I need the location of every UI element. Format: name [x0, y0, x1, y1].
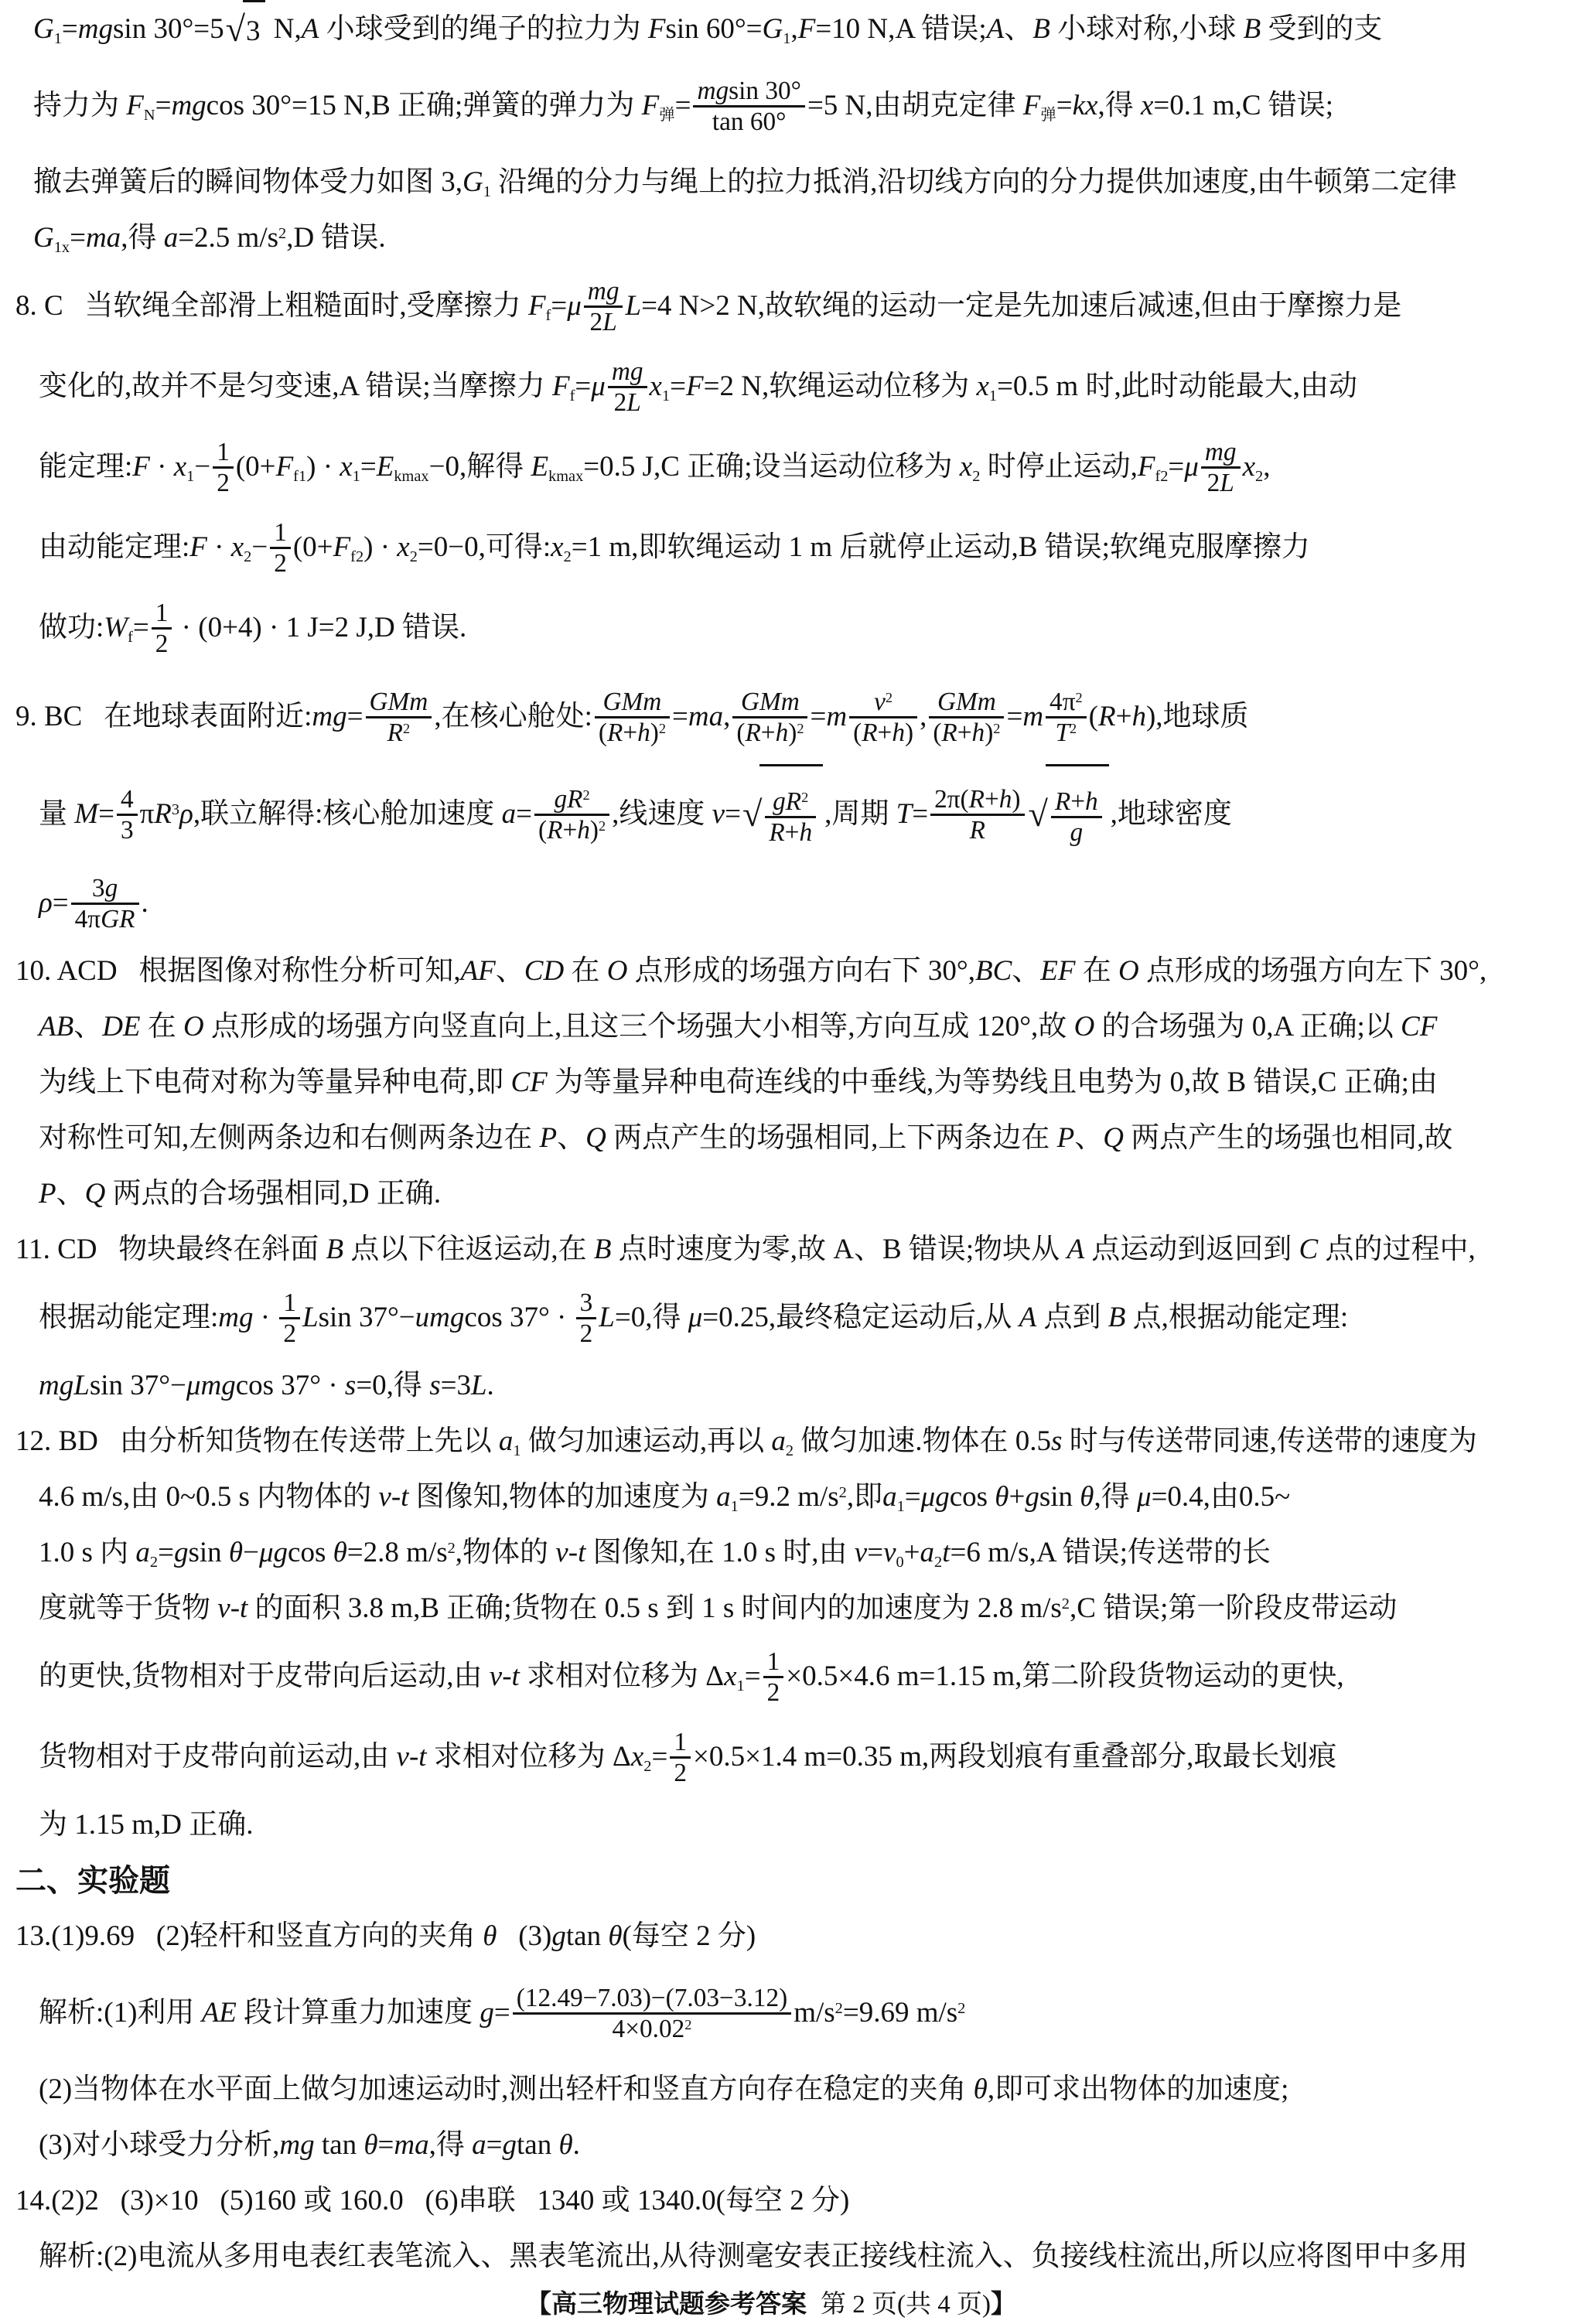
text-line: ρ=3g4πGR. [0, 863, 1542, 944]
math-variable: a [502, 798, 517, 830]
subscript: 2 [643, 1758, 651, 1775]
math-variable: a [499, 1425, 514, 1457]
text-run: 点的过程中, [1318, 1234, 1476, 1265]
math-variable: ma [688, 701, 723, 732]
math-variable: L [599, 1302, 615, 1333]
text-run: 受到的支 [1261, 13, 1382, 45]
math-variable: Q [85, 1178, 106, 1210]
subscript: N [144, 107, 155, 124]
math-variable: AB [39, 1011, 73, 1043]
text-run: (12.49−7.03)−(7.03−3.12) [517, 1984, 787, 2012]
text-run: 9. BC 在地球表面附近: [15, 701, 312, 732]
text-run: (0+ [293, 531, 333, 563]
math-variable: θ [974, 2073, 988, 2105]
text-run: 在 [564, 955, 607, 987]
math-variable: GMm [603, 688, 662, 716]
text-run: 点形成的场强方向左下 30°, [1139, 955, 1487, 987]
text-run: =2.8 m/s [347, 1537, 448, 1568]
footer-bracket-open: 【 [526, 2289, 551, 2318]
text-run: cos 37° · [464, 1302, 573, 1333]
math-variable: μg [921, 1481, 950, 1513]
text-run: = [347, 701, 363, 732]
text-line: 根据动能定理:mg · 12Lsin 37°−umgcos 37° · 32L=… [0, 1278, 1542, 1358]
text-run: ,地球密度 [1111, 798, 1232, 830]
text-run: =0.25,最终稳定运动后,从 [702, 1302, 1019, 1333]
text-run: 1 [274, 518, 287, 547]
text-line: 13.(1)9.69 (2)轻杆和竖直方向的夹角 θ (3)gtan θ(每空 … [0, 1909, 1542, 1964]
math-variable: C [1299, 1234, 1319, 1265]
math-variable: O [607, 955, 628, 987]
subscript: 1 [989, 387, 997, 404]
text-run: = [867, 1537, 883, 1568]
math-variable: v [397, 1741, 409, 1773]
math-variable: CF [1401, 1011, 1437, 1043]
text-run: 段计算重力加速度 [237, 1997, 480, 2029]
text-run: =0.4,由0.5~ [1152, 1481, 1291, 1513]
math-variable: R [387, 718, 403, 747]
text-run: tan [315, 2129, 364, 2161]
subscript: 1 [737, 1677, 745, 1694]
fraction: mg2L [584, 277, 623, 337]
text-run: = [675, 90, 691, 121]
text-run: = [745, 1660, 761, 1692]
text-run: 时与传送带同速,传送带的速度为 [1062, 1425, 1477, 1457]
math-variable: F [1138, 451, 1155, 483]
text-run: ,即可求出物体的加速度; [988, 2073, 1289, 2105]
text-run: + [957, 718, 972, 747]
math-variable: a [164, 222, 179, 254]
text-run: =2.5 m/s [178, 222, 278, 254]
text-run: − [194, 451, 210, 483]
math-variable: t [401, 1481, 408, 1513]
text-run: ( [933, 718, 941, 747]
text-run: · (0+4) · 1 J=2 J,D 错误. [174, 612, 466, 643]
text-run: - [391, 1481, 401, 1513]
text-line: AB、DE 在 O 点形成的场强方向竖直向上,且这三个场强大小相等,方向互成 1… [0, 999, 1542, 1055]
text-run: 点,根据动能定理: [1125, 1302, 1348, 1333]
math-variable: θ [229, 1537, 243, 1568]
fraction: GMmR2 [366, 688, 432, 748]
fraction: GMm(R+h)2 [732, 688, 807, 748]
text-run: 的合场强为 0,A 正确;以 [1094, 1011, 1401, 1043]
math-variable: R [769, 818, 784, 847]
math-variable: T [896, 798, 913, 830]
text-run: 持力为 [33, 90, 126, 121]
text-run: 点以下往返运动,在 [343, 1234, 594, 1265]
text-run: sin 37°− [90, 1370, 186, 1401]
math-variable: GMm [741, 688, 800, 716]
text-run: tan [517, 2129, 558, 2161]
text-run: 4.6 m/s,由 0~0.5 s 内物体的 [39, 1481, 378, 1513]
fraction: 32 [576, 1288, 597, 1349]
text-run: 1.0 s 内 [39, 1537, 135, 1568]
math-variable: L [625, 290, 641, 322]
text-run: 14.(2)2 (3)×10 (5)160 或 160.0 (6)串联 1340… [15, 2185, 849, 2217]
subscript: 1 [513, 1442, 520, 1459]
text-run: 8. C 当软绳全部滑上粗糙面时,受摩擦力 [15, 290, 528, 322]
math-variable: m [1022, 701, 1043, 732]
math-variable: μmg [186, 1370, 236, 1401]
math-variable: GMm [370, 688, 428, 716]
math-variable: Q [1103, 1122, 1124, 1154]
text-run: ),地球质 [1146, 701, 1249, 732]
text-run: 2 [674, 1759, 687, 1787]
math-variable: F [132, 451, 150, 483]
text-run: = [158, 1537, 174, 1568]
text-run: =0.5 m 时,此时动能最大,由动 [997, 370, 1357, 402]
math-variable: B [1108, 1302, 1126, 1333]
math-variable: F [528, 290, 546, 322]
math-variable: R [154, 798, 172, 830]
math-variable: E [531, 451, 548, 483]
text-run: 2 [614, 388, 627, 417]
math-variable: mgL [39, 1370, 90, 1401]
superscript: 2 [278, 225, 286, 242]
text-run: =10 N,A 错误; [815, 13, 986, 45]
radical: √gR2R+h [742, 764, 823, 865]
math-variable: R [607, 718, 623, 747]
math-variable: x [1141, 90, 1153, 121]
text-run: (3) [497, 1920, 551, 1952]
text-run: ( [599, 718, 607, 747]
text-run: ) · [363, 531, 397, 563]
math-variable: L [302, 1302, 319, 1333]
text-run: 、 [557, 1122, 585, 1154]
fraction: mg2L [1201, 438, 1241, 498]
text-run: 两点产生的场强相同,上下两条边在 [606, 1122, 1057, 1154]
math-variable: m [826, 701, 847, 732]
math-variable: t [512, 1660, 520, 1692]
text-run: −0,解得 [429, 451, 531, 483]
math-variable: R [745, 718, 760, 747]
text-run: 2 [580, 1319, 593, 1348]
math-variable: μ [1184, 451, 1199, 483]
math-variable: t [240, 1592, 247, 1624]
math-variable: B [1244, 13, 1261, 45]
math-variable: a [716, 1481, 731, 1513]
math-variable: a [920, 1537, 935, 1568]
text-run: = [155, 90, 172, 121]
text-run: = [725, 798, 741, 830]
text-line: 为线上下电荷对称为等量异种电荷,即 CF 为等量异种电荷连线的中垂线,为等势线且… [0, 1055, 1542, 1111]
text-line: 量 M=43πR3ρ,联立解得:核心舱加速度 a=gR2(R+h)2,线速度 v… [0, 766, 1542, 863]
superscript: 2 [801, 790, 808, 805]
text-run: 小球对称,小球 [1050, 13, 1244, 45]
text-run: 11. CD 物块最终在斜面 [15, 1234, 326, 1265]
math-variable: F [126, 90, 144, 121]
text-run: + [1009, 1481, 1025, 1513]
math-variable: G [33, 222, 54, 254]
math-variable: s [345, 1370, 356, 1401]
text-line: 撤去弹簧后的瞬间物体受力如图 3,G1 沿绳的分力与绳上的拉力抵消,沿切线方向的… [0, 155, 1542, 210]
text-run: 点形成的场强方向右下 30°, [627, 955, 975, 987]
text-run: sin 30°=5 [113, 13, 224, 45]
text-run: 在 [1075, 955, 1118, 987]
text-run: = [1168, 451, 1184, 483]
math-variable: g [105, 874, 118, 903]
text-run: 1 [767, 1647, 780, 1676]
text-run: 做匀加速.物体在 0.5 [794, 1425, 1051, 1457]
text-run: ,得 [121, 222, 164, 254]
subscript: 1x [54, 239, 70, 256]
math-variable: t [942, 1537, 950, 1568]
math-variable: g [551, 1920, 566, 1952]
math-variable: F [642, 90, 660, 121]
text-run: 点形成的场强方向竖直向上,且这三个场强大小相等,方向互成 120°,故 [204, 1011, 1074, 1043]
text-run: 为等量异种电荷连线的中垂线,为等势线且电势为 0,故 B 错误,C 正确;由 [548, 1066, 1438, 1098]
text-run: ) [788, 718, 797, 747]
text-line: 变化的,故并不是匀变速,A 错误;当摩擦力 Ff=μmg2Lx1=F=2 N,软… [0, 346, 1542, 427]
text-run: = [1006, 701, 1022, 732]
text-run: tan [566, 1920, 608, 1952]
math-variable: ma [394, 2129, 428, 2161]
text-line: 持力为 FN=mgcos 30°=15 N,B 正确;弹簧的弹力为 F弹=mgs… [0, 57, 1542, 155]
text-run: − [251, 531, 268, 563]
text-run: , [920, 701, 927, 732]
fraction: 12 [670, 1728, 691, 1788]
math-variable: h [577, 816, 590, 845]
math-variable: g [1070, 818, 1083, 847]
math-variable: kx [1073, 90, 1098, 121]
text-run: 4π [75, 905, 101, 933]
text-line: P、Q 两点的合场强相同,D 正确. [0, 1166, 1542, 1222]
text-run: 3 [92, 874, 105, 903]
subscript: 2 [244, 548, 251, 565]
fraction: 2π(R+h)R [930, 785, 1024, 845]
math-variable: P [39, 1178, 56, 1210]
text-run: 4 [121, 785, 134, 814]
fraction: 12 [270, 518, 291, 578]
math-variable: R [941, 718, 957, 747]
text-run: = [670, 370, 686, 402]
text-run: 在 [141, 1011, 184, 1043]
subscript: 1 [353, 468, 360, 485]
text-line: 8. C 当软绳全部滑上粗糙面时,受摩擦力 Ff=μmg2LL=4 N>2 N,… [0, 266, 1542, 346]
text-run: ,C 错误;第一阶段皮带运动 [1070, 1592, 1397, 1624]
math-variable: x [976, 370, 988, 402]
text-run: 两点产生的场强也相同,故 [1124, 1122, 1453, 1154]
math-variable: G [33, 13, 54, 45]
text-run: 4π [1050, 688, 1075, 716]
text-run: =6 m/s,A 错误;传送带的长 [951, 1537, 1271, 1568]
text-run: =5 N,由胡克定律 [807, 90, 1023, 121]
fraction: 12 [213, 438, 234, 498]
math-variable: mg [279, 2129, 314, 2161]
text-run: , [723, 701, 730, 732]
subscript: kmax [394, 468, 428, 485]
math-variable: AE [202, 1997, 237, 2029]
math-variable: t [578, 1537, 585, 1568]
text-run: 、 [73, 1011, 102, 1043]
text-run: 3 [121, 816, 134, 845]
text-run: , [1263, 451, 1270, 483]
math-variable: a [771, 1425, 786, 1457]
text-line: (3)对小球受力分析,mg tan θ=ma,得 a=gtan θ. [0, 2118, 1542, 2173]
math-variable: B [1032, 13, 1050, 45]
text-run: ×0.5×4.6 m=1.15 m,第二阶段货物运动的更快, [786, 1660, 1343, 1692]
text-run: =9.2 m/s [739, 1481, 839, 1513]
text-run: π [140, 798, 155, 830]
text-line: 10. ACD 根据图像对称性分析可知,AF、CD 在 O 点形成的场强方向右下… [0, 944, 1542, 999]
text-line: 9. BC 在地球表面附近:mg=GMmR2,在核心舱处:GMm(R+h)2=m… [0, 668, 1542, 766]
math-variable: mg [1205, 438, 1237, 466]
text-run: =0.5 J,C 正确;设当运动位移为 [583, 451, 959, 483]
math-variable: x [724, 1660, 736, 1692]
fraction: gR2(R+h)2 [534, 785, 609, 845]
text-line: 1.0 s 内 a2=gsin θ−μgcos θ=2.8 m/s2,物体的 v… [0, 1525, 1542, 1581]
math-variable: mg [612, 357, 643, 386]
subscript: 0 [896, 1554, 904, 1571]
text-run: 度就等于货物 [39, 1592, 217, 1624]
fraction: 4π2T2 [1046, 688, 1087, 748]
text-run: ( [736, 718, 745, 747]
text-run: =2 N,软绳运动位移为 [704, 370, 977, 402]
text-run: 对称性可知,左侧两条边和右侧两条边在 [39, 1122, 540, 1154]
math-variable: GR [101, 905, 135, 933]
text-run: 1 [155, 599, 169, 627]
text-line: 解析:(2)电流从多用电表红表笔流入、黑表笔流出,从待测毫安表正接线柱流入、负接… [0, 2229, 1542, 2285]
math-variable: g [174, 1537, 189, 1568]
math-variable: O [1118, 955, 1139, 987]
text-run: . [142, 887, 148, 919]
text-run: = [516, 798, 532, 830]
text-run: cos 37° · [236, 1370, 345, 1401]
text-run: 2 [217, 469, 230, 497]
text-run: · [207, 531, 231, 563]
text-line: 货物相对于皮带向前运动,由 v-t 求相对位移为 Δx2=12×0.5×1.4 … [0, 1717, 1542, 1797]
text-run: 小球受到的绳子的拉力为 [319, 13, 648, 45]
text-run: = [98, 798, 114, 830]
math-variable: x [340, 451, 352, 483]
math-variable: E [377, 451, 394, 483]
math-variable: BC [975, 955, 1012, 987]
text-run: 求相对位移为 Δ [427, 1741, 631, 1773]
text-run: 时停止运动, [980, 451, 1138, 483]
math-variable: L [471, 1370, 487, 1401]
text-run: + [1116, 701, 1132, 732]
math-variable: B [326, 1234, 344, 1265]
text-run: ,D 错误. [286, 222, 385, 254]
math-variable: s [1051, 1425, 1062, 1457]
math-variable: v [883, 1537, 896, 1568]
math-variable: CD [524, 955, 564, 987]
text-run: cos [950, 1481, 995, 1513]
math-variable: h [1085, 787, 1098, 816]
superscript: 2 [886, 690, 893, 705]
text-run: 两点的合场强相同,D 正确. [105, 1178, 441, 1210]
math-variable: F [686, 370, 704, 402]
text-run: = [551, 290, 567, 322]
math-variable: F [552, 370, 570, 402]
math-variable: R [862, 718, 877, 747]
math-variable: x [960, 451, 972, 483]
text-run: =4 N>2 N,故软绳的运动一定是先加速后减速,但由于摩擦力是 [641, 290, 1401, 322]
text-run: - [568, 1537, 578, 1568]
math-variable: ρ [179, 798, 193, 830]
math-variable: R [1055, 787, 1070, 816]
text-run: + [761, 718, 776, 747]
math-variable: R [547, 816, 562, 845]
math-variable: a [135, 1537, 150, 1568]
text-run: ,在核心舱处: [434, 701, 592, 732]
math-variable: P [540, 1122, 558, 1154]
math-variable: L [602, 308, 617, 336]
page-footer: 【高三物理试题参考答案第 2 页(共 4 页)】 [0, 2285, 1542, 2323]
subscript: 弹 [659, 107, 674, 124]
text-run: = [1056, 90, 1073, 121]
math-variable: x [650, 370, 662, 402]
text-run: 二、实验题 [15, 1864, 170, 1898]
math-variable: μ [688, 1302, 703, 1333]
text-run: 10. ACD 根据图像对称性分析可知, [15, 955, 461, 987]
text-run: 求相对位移为 Δ [520, 1660, 724, 1692]
text-run: 撤去弹簧后的瞬间物体受力如图 3, [33, 166, 462, 198]
text-run: ( [1089, 701, 1098, 732]
text-run: - [502, 1660, 511, 1692]
text-line: 能定理:F · x1−12(0+Ff1) · x1=Ekmax−0,解得 Ekm… [0, 427, 1542, 507]
text-run: ) [1012, 785, 1020, 814]
fraction: GMm(R+h)2 [929, 688, 1004, 748]
text-run: ) [985, 718, 993, 747]
math-variable: θ [995, 1481, 1009, 1513]
text-line: 由动能定理:F · x2−12(0+Ff2) · x2=0−0,可得:x2=1 … [0, 507, 1542, 588]
text-run: 量 [39, 798, 74, 830]
superscript: 3 [172, 801, 179, 818]
text-line: mgLsin 37°−μmgcos 37° · s=0,得 s=3L. [0, 1358, 1542, 1414]
text-run: sin 30° [729, 77, 801, 105]
text-run: = [575, 370, 591, 402]
text-run: = [486, 2129, 503, 2161]
math-variable: v [874, 688, 886, 716]
text-run: + [904, 1537, 920, 1568]
fraction: 3g4πGR [71, 874, 139, 934]
math-variable: μ [1137, 1481, 1152, 1513]
math-variable: F [798, 13, 816, 45]
subscript: 2 [564, 548, 572, 565]
math-variable: mg [171, 90, 206, 121]
superscript: 2 [957, 2000, 965, 2017]
text-run: 3 [580, 1288, 593, 1317]
fraction: (12.49−7.03)−(7.03−3.12)4×0.022 [513, 1984, 791, 2044]
math-variable: ρ [39, 887, 53, 919]
math-variable: O [1074, 1011, 1095, 1043]
subscript: 弹 [1040, 107, 1056, 124]
fraction: gR2R+h [765, 787, 816, 848]
text-run: = [70, 222, 86, 254]
math-variable: O [183, 1011, 204, 1043]
text-run: = [672, 701, 688, 732]
fraction: R+hg [1051, 787, 1102, 848]
text-run: 根据动能定理: [39, 1302, 218, 1333]
math-variable: P [1057, 1122, 1075, 1154]
text-line: 14.(2)2 (3)×10 (5)160 或 160.0 (6)串联 1340… [0, 2173, 1542, 2229]
text-line: 11. CD 物块最终在斜面 B 点以下往返运动,在 B 点时速度为零,故 A、… [0, 1222, 1542, 1278]
text-run: 沿绳的分力与绳上的拉力抵消,沿切线方向的分力提供加速度,由牛顿第二定律 [491, 166, 1457, 198]
text-run: = [378, 2129, 394, 2161]
text-run: 3 [246, 15, 261, 47]
math-variable: h [999, 785, 1012, 814]
text-run: 2 [767, 1678, 780, 1707]
text-run: = [360, 451, 377, 483]
math-variable: ma [86, 222, 121, 254]
text-run: 图像知,在 1.0 s 时,由 [585, 1537, 854, 1568]
text-run: 2 [1207, 469, 1220, 497]
math-variable: L [1220, 469, 1234, 497]
text-run: (3)对小球受力分析, [39, 2129, 279, 2161]
text-run: = [494, 1997, 510, 2029]
math-variable: A [1019, 1302, 1037, 1333]
math-variable: F [189, 531, 207, 563]
